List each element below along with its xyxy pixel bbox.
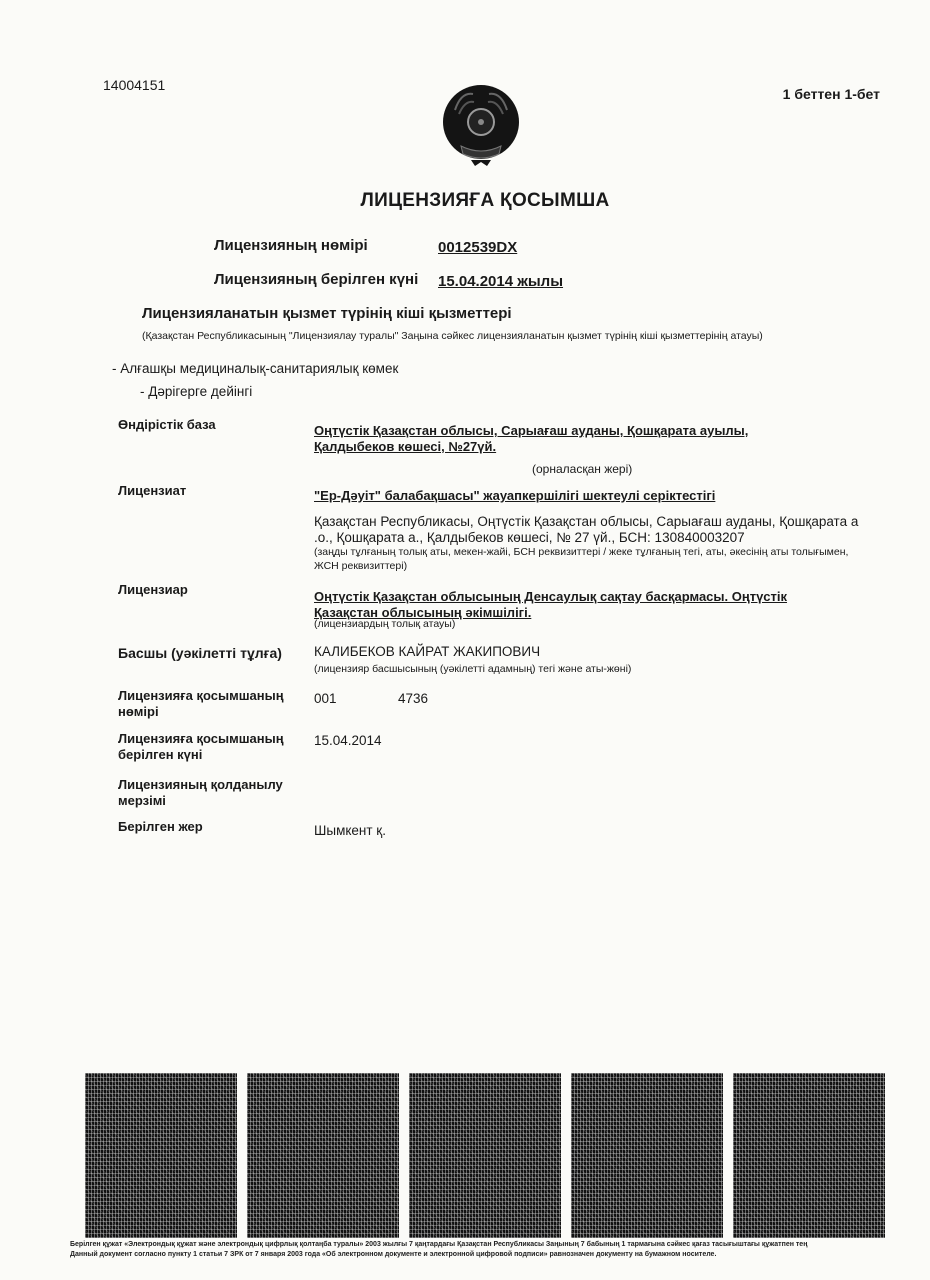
subservices-title: Лицензияланатын қызмет түрінің кіші қызм… (142, 305, 512, 322)
appendix-number-label: Лицензияға қосымшаның нөмірі (118, 688, 303, 720)
appendix-number-suffix: 4736 (398, 691, 428, 706)
page-count: 1 беттен 1-бет (783, 86, 880, 102)
barcode-block (247, 1073, 399, 1238)
state-emblem-icon (441, 80, 521, 166)
place-label: Берілген жер (118, 819, 203, 835)
footer-line-kz: Берілген құжат «Электрондық құжат және э… (70, 1240, 900, 1250)
appendix-date-value: 15.04.2014 (314, 733, 382, 748)
appendix-date-label: Лицензияға қосымшаның берілген күні (118, 731, 303, 763)
legal-footer: Берілген құжат «Электрондық құжат және э… (70, 1240, 900, 1260)
license-number-value: 0012539DX (438, 239, 517, 256)
license-date-label: Лицензияның берілген күні (214, 271, 418, 288)
licensor-note: (лицензиардың толық атауы) (314, 617, 874, 631)
appendix-number-prefix: 001 (314, 691, 337, 706)
licensee-address: Қазақстан Республикасы, Оңтүстік Қазақст… (314, 514, 866, 546)
license-date-value: 15.04.2014 жылы (438, 273, 563, 290)
licensee-note: (заңды тұлғаның толық аты, мекен-жайі, Б… (314, 545, 854, 573)
barcode-block (733, 1073, 885, 1238)
licensee-name: "Ер-Дәуіт" балабақшасы" жауапкершілігі ш… (314, 488, 874, 504)
production-base-value: Оңтүстік Қазақстан облысы, Сарыағаш ауда… (314, 423, 794, 455)
license-number-label: Лицензияның нөмірі (214, 237, 368, 254)
licensor-label: Лицензиар (118, 582, 188, 598)
barcode-block (85, 1073, 237, 1238)
barcode-block (571, 1073, 723, 1238)
head-label: Басшы (уәкілетті тұлға) (118, 645, 282, 661)
footer-line-ru: Данный документ согласно пункту 1 статьи… (70, 1250, 900, 1260)
head-value: КАЛИБЕКОВ КАЙРАТ ЖАКИПОВИЧ (314, 644, 874, 660)
production-base-label: Өндірістік база (118, 417, 216, 433)
document-id: 14004151 (103, 77, 165, 93)
head-note: (лицензияр басшысының (уәкілетті адамның… (314, 662, 874, 676)
barcode-strip (85, 1073, 885, 1238)
place-value: Шымкент қ. (314, 823, 386, 838)
subservice-item: - Алғашқы медициналық-санитариялық көмек (112, 361, 398, 376)
subservices-note: (Қазақстан Республикасының "Лицензиялау … (142, 330, 763, 342)
barcode-block (409, 1073, 561, 1238)
subservice-item: - Дәрігерге дейінгі (140, 384, 252, 399)
licensee-label: Лицензиат (118, 483, 186, 499)
validity-label: Лицензияның қолданылу мерзімі (118, 777, 303, 809)
production-base-note: (орналасқан жері) (532, 462, 632, 476)
document-title: ЛИЦЕНЗИЯҒА ҚОСЫМША (0, 190, 930, 212)
